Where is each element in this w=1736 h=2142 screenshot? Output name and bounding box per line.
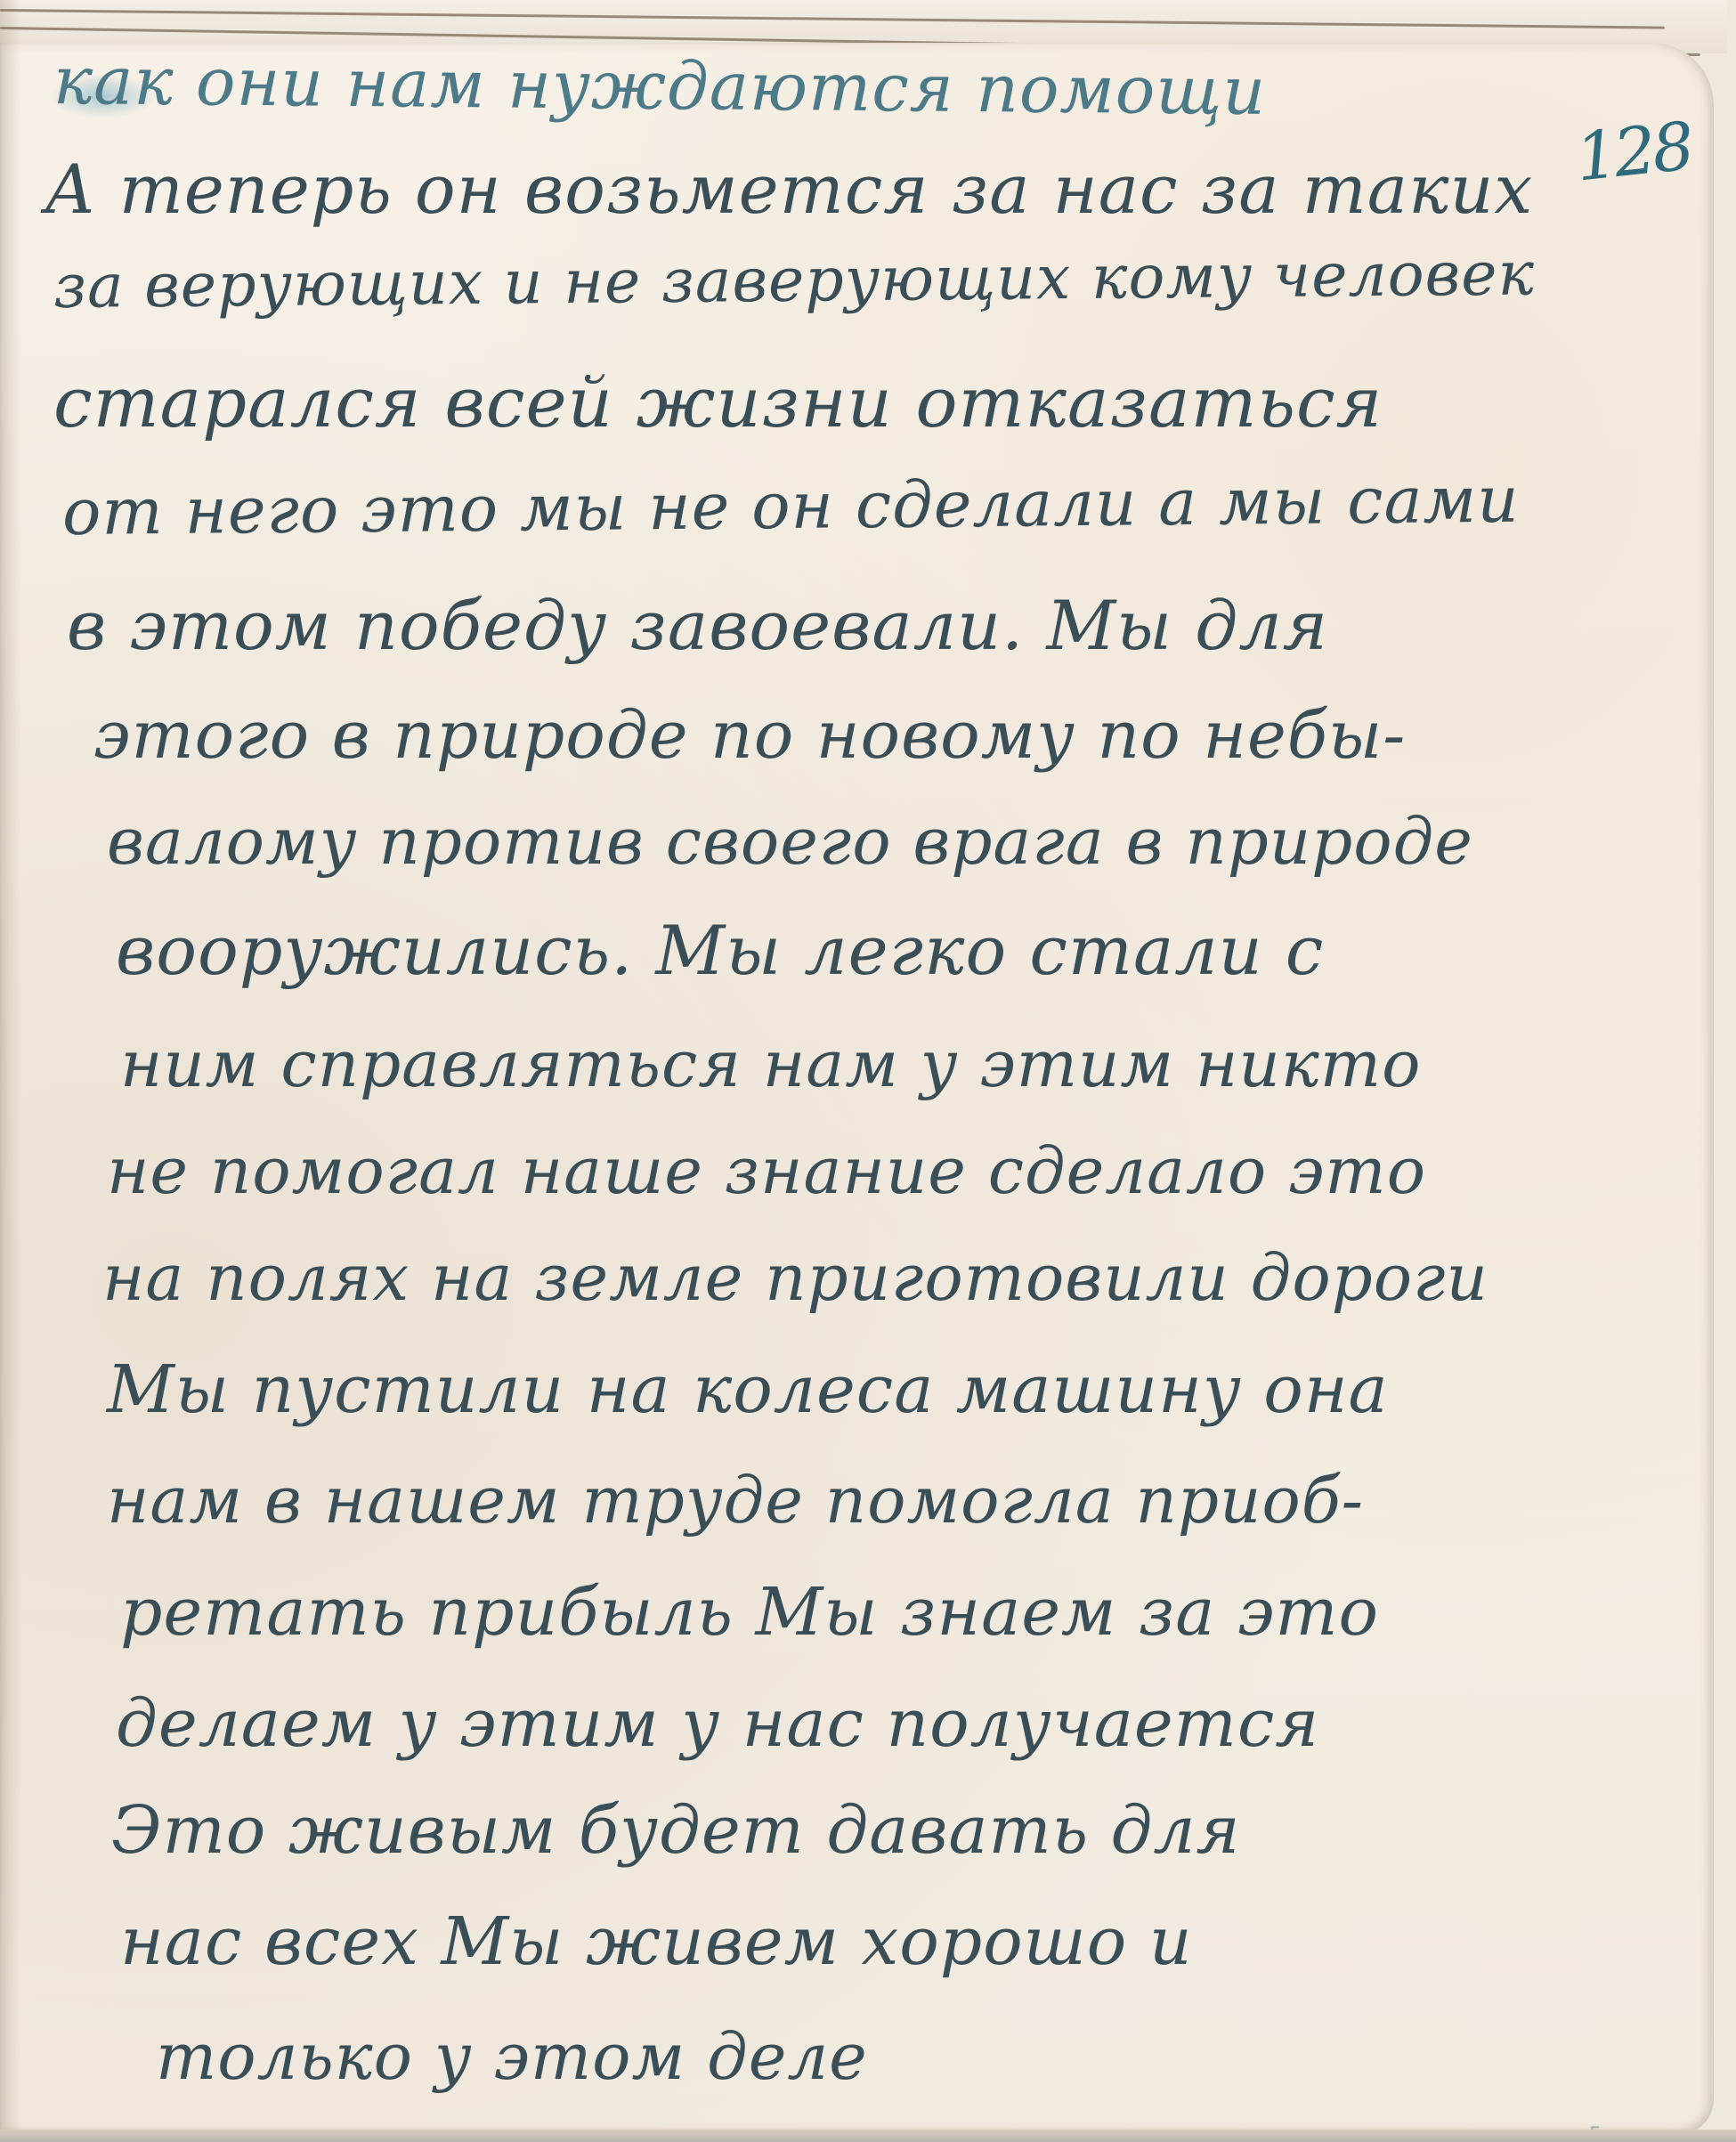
handwritten-line-4: старался всей жизни отказаться (53, 363, 1383, 443)
notebook-page: 128 как они нам нуждаются помощи А тепер… (0, 43, 1714, 2135)
page-number: 128 (1572, 108, 1695, 196)
handwritten-line-3: за верующих и не заверующих кому человек (53, 239, 1536, 322)
handwritten-line-11: не помогал наше знание сделало это (107, 1133, 1426, 1208)
handwritten-line-19: только у этом деле (156, 2019, 868, 2094)
handwritten-line-2: А теперь он возьмется за нас за таких (45, 150, 1533, 229)
handwritten-line-14: нам в нашем труде помогла приоб- (107, 1463, 1364, 1538)
handwritten-line-18: нас всех Мы живем хорошо и (120, 1903, 1193, 1980)
handwritten-line-12: на полях на земле приготовили дороги (102, 1240, 1489, 1315)
handwritten-line-6: в этом победу завоевали. Мы для (67, 586, 1328, 665)
handwritten-line-9: вооружились. Мы легко стали с (116, 911, 1324, 990)
handwritten-line-10: ним справляться нам у этим никто (120, 1026, 1421, 1101)
scanned-page: 128 как они нам нуждаются помощи А тепер… (0, 0, 1736, 2142)
handwritten-line-15: ретать прибыль Мы знаем за это (120, 1574, 1379, 1651)
handwritten-line-17: Это живым будет давать для (111, 1792, 1241, 1869)
binding-shadow (0, 0, 21, 2142)
handwritten-line-7: этого в природе по новому по небы- (93, 697, 1406, 774)
handwritten-line-5: от него это мы не он сделали а мы сами (62, 462, 1520, 549)
handwritten-line-13: Мы пустили на колеса машину она (107, 1351, 1389, 1428)
handwritten-line-8: валому против своего врага в природе (107, 804, 1473, 879)
handwritten-line-16: делаем у этим у нас получается (116, 1685, 1319, 1762)
handwritten-line-1: как они нам нуждаются помощи (53, 43, 1267, 130)
page-bottom-edge (0, 2130, 1736, 2142)
